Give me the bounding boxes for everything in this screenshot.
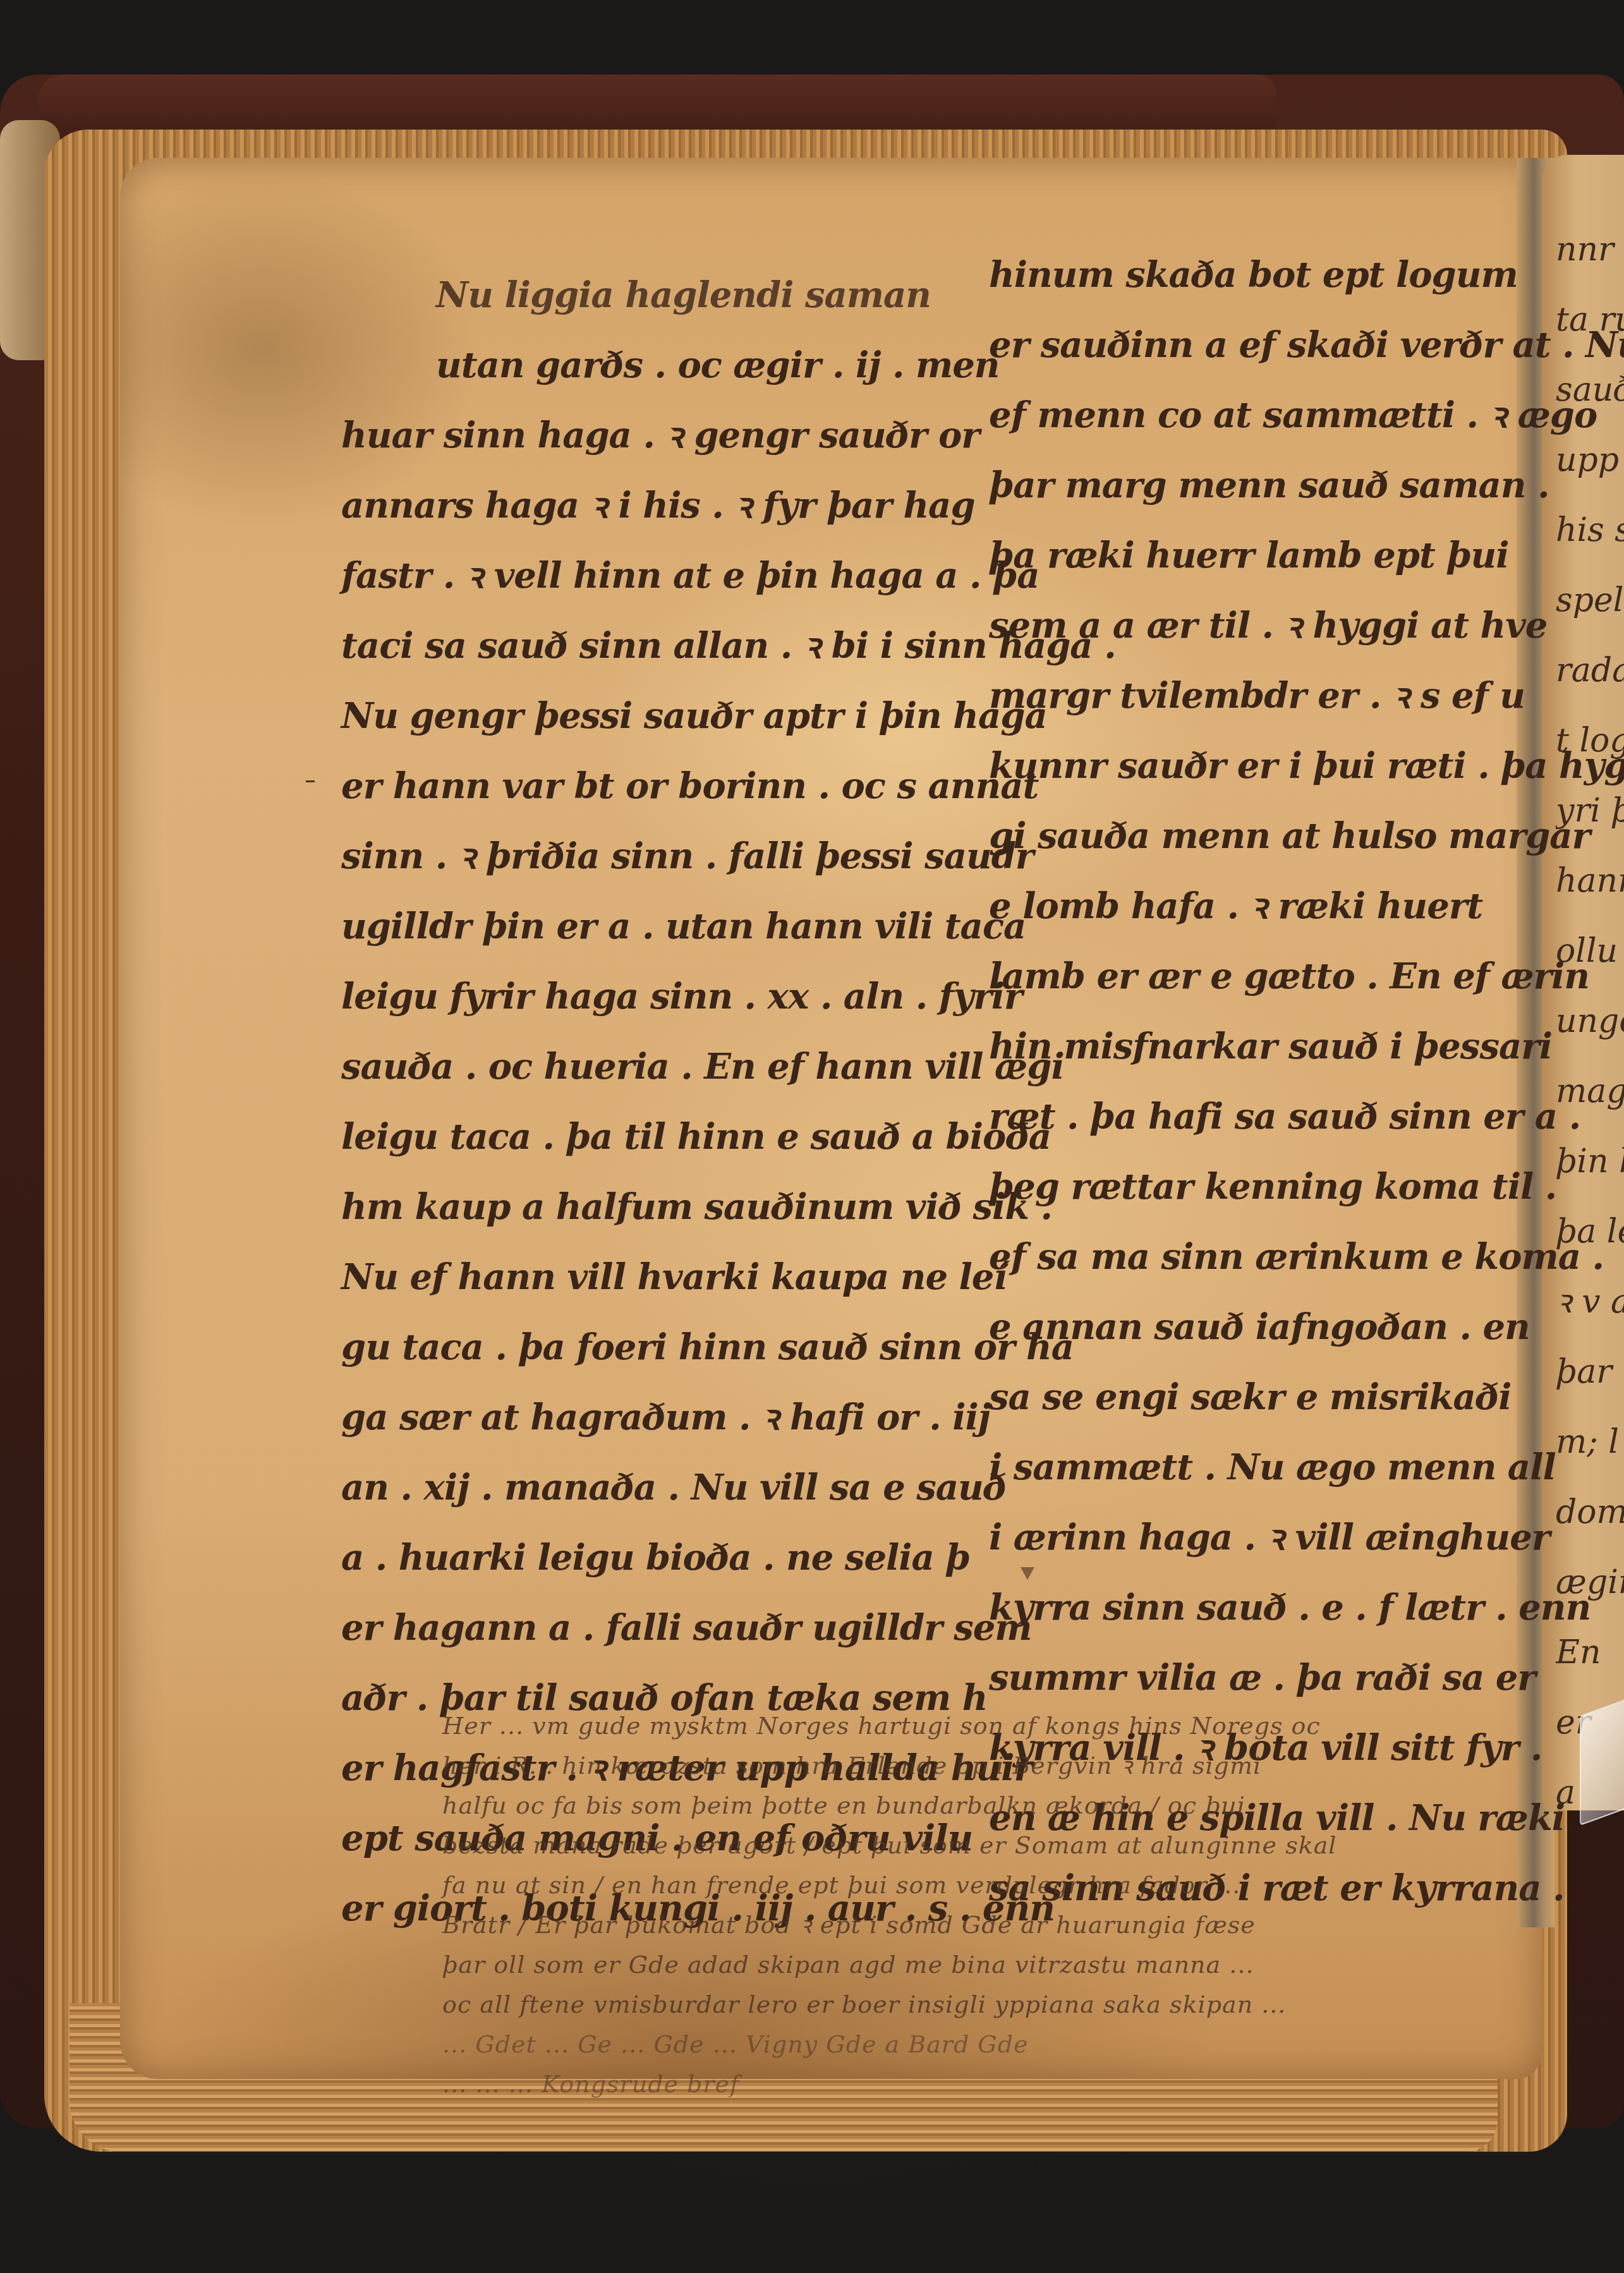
manuscript-line: upp ulu [1556, 425, 1624, 495]
manuscript-line: þar marg menn sauð saman . [989, 451, 1513, 521]
manuscript-line: oc all ftene vmisburdar lero er boer ins… [442, 1985, 1554, 2025]
manuscript-line: i ærinn haga . ꝛ vill æinghuer [989, 1503, 1513, 1573]
manuscript-line: Bratr / Er þar þukomat bod ꝛ ept i somd … [442, 1905, 1554, 1945]
manuscript-line: þa le [1556, 1197, 1624, 1267]
manuscript-line: ef menn co at sammætti . ꝛ ægo [989, 380, 1513, 451]
manuscript-line: a . huarki leigu bioða . ne selia þ [341, 1523, 973, 1593]
manuscript-line: taci sa sauð sinn allan . ꝛ bi i sinn ha… [341, 611, 973, 681]
manuscript-line: þar [1556, 1337, 1624, 1407]
margin-mark [306, 780, 315, 782]
manuscript-line: lamb er ær e gætto . En ef ærin [989, 942, 1513, 1012]
manuscript-line: gu taca . þa foeri hinn sauð sinn or ha [341, 1312, 973, 1383]
manuscript-line: an . xij . manaða . Nu vill sa e sauð [341, 1453, 973, 1523]
manuscript-line: mag y [1556, 1057, 1624, 1127]
manuscript-line: þa ræki huerr lamb ept þui [989, 521, 1513, 591]
manuscript-line: nnr sk [1556, 215, 1624, 285]
manuscript-line: sa se engi sækr e misrikaði [989, 1362, 1513, 1433]
manuscript-line: hinum skaða bot ept logum [989, 240, 1513, 310]
manuscript-line: ef sa ma sinn ærinkum e koma . [989, 1222, 1513, 1292]
manuscript-line: sauði [1556, 355, 1624, 425]
manuscript-line: huar sinn haga . ꝛ gengr sauðr or [341, 401, 973, 471]
manuscript-line: er hagann a . falli sauðr ugilldr sem [341, 1593, 973, 1663]
manuscript-line: utan garðs . oc ægir . ij . men [341, 330, 973, 401]
manuscript-line: dom [1556, 1477, 1624, 1548]
manuscript-line: þin h [1556, 1127, 1624, 1197]
manuscript-line: leigu fyrir haga sinn . xx . aln . fyrir [341, 962, 973, 1032]
manuscript-line: halfu oc fa bis som þeim þotte en bundar… [442, 1786, 1554, 1826]
manuscript-line: annars haga ꝛ i his . ꝛ fyr þar hag [341, 471, 973, 541]
manuscript-line: ægir [1556, 1548, 1624, 1618]
manuscript-line: bezsta mana rade þer agort / ept þui som… [442, 1826, 1554, 1865]
manuscript-line: ta rud [1556, 285, 1624, 355]
manuscript-line: margr tvilembdr er . ꝛ s ef u [989, 661, 1513, 731]
manuscript-line: Nu liggia haglendi saman [341, 260, 973, 330]
manuscript-line: hann h [1556, 846, 1624, 916]
manuscript-line: t logu [1556, 706, 1624, 776]
manuscript-line: ollu [1556, 916, 1624, 986]
manuscript-line: e lomb hafa . ꝛ ræki huert [989, 871, 1513, 942]
manuscript-line: fastr . ꝛ vell hinn at e þin haga a . þa [341, 541, 973, 611]
manuscript-line: summr vilia æ . þa raði sa er [989, 1643, 1513, 1713]
manuscript-line: ugilldr þin er a . utan hann vili taca [341, 892, 973, 962]
facing-page-text: nnr skta rudsauðiupp uluhis sauspellyrðr… [1556, 215, 1624, 1828]
manuscript-line: En [1556, 1618, 1624, 1688]
manuscript-line: sauða . oc hueria . En ef hann vill ægi [341, 1032, 973, 1102]
manuscript-line: ... Gdet ... Ge ... Gde ... Vigny Gde a … [442, 2025, 1554, 2064]
manuscript-line: e annan sauð iafngoðan . en [989, 1292, 1513, 1362]
manuscript-line: ꝛ v a [1556, 1267, 1624, 1337]
manuscript-line: his sau [1556, 495, 1624, 566]
manuscript-line: i sammætt . Nu ægo menn all [989, 1433, 1513, 1503]
manuscript-line: ræt . þa hafi sa sauð sinn er a . [989, 1082, 1513, 1152]
manuscript-line: sem a a ær til . ꝛ hyggi at hve [989, 591, 1513, 661]
manuscript-line: yri þa [1556, 776, 1624, 846]
manuscript-line: gi sauða menn at hulso margar [989, 801, 1513, 871]
manuscript-line: fa nu at sin / en han frende ept þui som… [442, 1865, 1554, 1905]
manuscript-line: rada fut [1556, 636, 1624, 706]
manuscript-line: Nu ef hann vill hvarki kaupa ne leí [341, 1242, 973, 1312]
manuscript-line: er sauðinn a ef skaði verðr at . Nu [989, 310, 1513, 380]
manuscript-line: ga sær at hagraðum . ꝛ hafi or . iij [341, 1383, 973, 1453]
manuscript-line: Her ... vm gude mysktm Norges hartugi so… [442, 1706, 1554, 1746]
page-clip [1580, 1697, 1624, 1826]
text-column-right: hinum skaða bot ept logumer sauðinn a ef… [989, 240, 1513, 1924]
text-column-left: Nu liggia haglendi samanutan garðs . oc … [341, 260, 973, 1944]
manuscript-line: kyrra sinn sauð . e . f lætr . enn [989, 1573, 1513, 1643]
manuscript-line: leigu taca . þa til hinn e sauð a bioða [341, 1102, 973, 1172]
manuscript-line: sinn . ꝛ þriðia sinn . falli þessi saudr [341, 821, 973, 892]
manuscript-line: kunnr sauðr er i þui ræti . þa hyg [989, 731, 1513, 801]
manuscript-line: spellyrð [1556, 566, 1624, 636]
manuscript-line: er hann var bt or borinn . oc s annat [341, 751, 973, 821]
manuscript-line: þeg rættar kenning koma til . [989, 1152, 1513, 1222]
manuscript-line: m; l [1556, 1407, 1624, 1477]
manuscript-line: hin misfnarkar sauð i þessari [989, 1012, 1513, 1082]
later-hand-note: Her ... vm gude mysktm Norges hartugi so… [442, 1706, 1554, 2104]
manuscript-line: hm kaup a halfum sauðinum við sik . [341, 1172, 973, 1242]
manuscript-line: þar oll som er Gde adad skipan agd me bi… [442, 1945, 1554, 1985]
manuscript-line: ... ... ... Kongsrude bref [442, 2064, 1554, 2104]
manuscript-line: ungony [1556, 986, 1624, 1057]
manuscript-line: Nu gengr þessi sauðr aptr i þin haga [341, 681, 973, 751]
manuscript-line: her i R... hin kærazsta som hra Erlende … [442, 1746, 1554, 1786]
